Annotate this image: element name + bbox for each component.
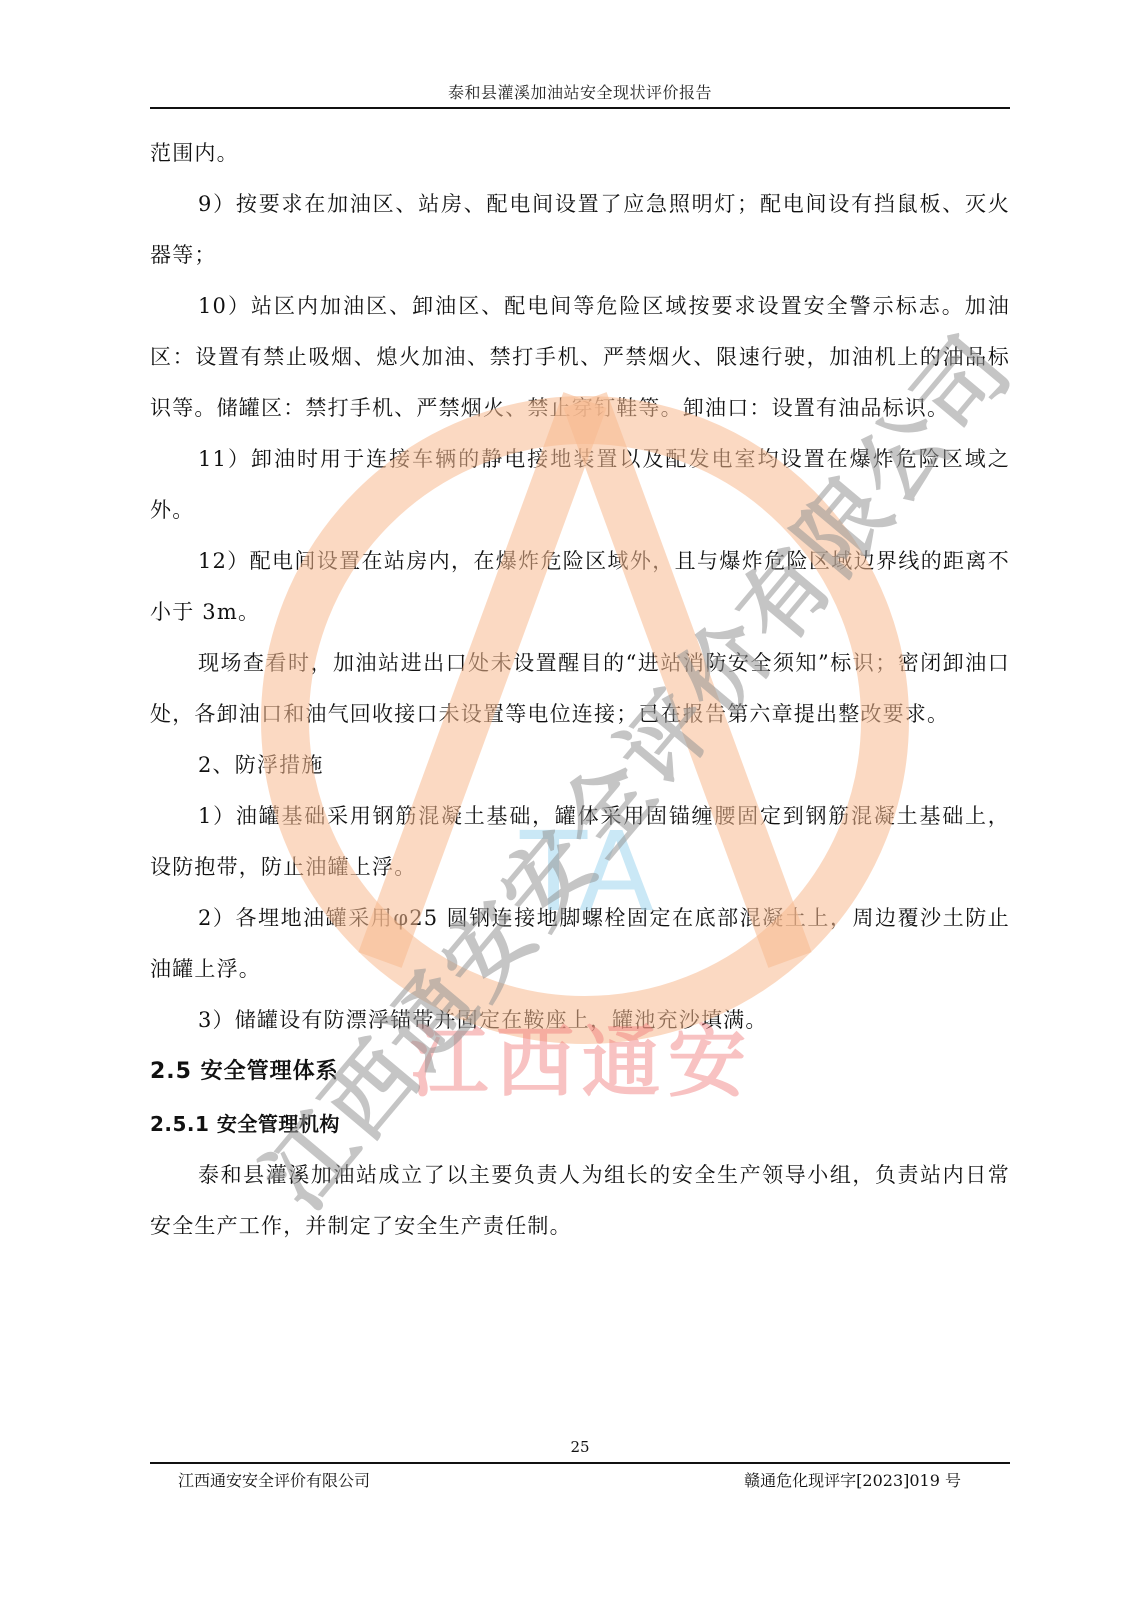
running-header-title: 泰和县灌溪加油站安全现状评价报告 xyxy=(150,80,1010,103)
paragraph-continuation: 范围内。 xyxy=(150,128,1010,179)
subsection-heading: 2.5.1 安全管理机构 xyxy=(150,1098,1010,1150)
paragraph-anti-float-title: 2、防浮措施 xyxy=(150,740,1010,791)
footer-document-number: 赣通危化现评字[2023]019 号 xyxy=(744,1468,961,1491)
footer-company: 江西通安安全评价有限公司 xyxy=(178,1468,370,1491)
page-number: 25 xyxy=(150,1438,1010,1456)
paragraph-management-org: 泰和县灌溪加油站成立了以主要负责人为组长的安全生产领导小组，负责站内日常安全生产… xyxy=(150,1150,1010,1252)
paragraph-site-inspection: 现场查看时，加油站进出口处未设置醒目的“进站消防安全须知”标识；密闭卸油口处，各… xyxy=(150,638,1010,740)
page-content: 范围内。 9）按要求在加油区、站房、配电间设置了应急照明灯；配电间设有挡鼠板、灭… xyxy=(150,128,1010,1252)
paragraph-item-10: 10）站区内加油区、卸油区、配电间等危险区域按要求设置安全警示标志。加油区：设置… xyxy=(150,281,1010,434)
paragraph-item-12: 12）配电间设置在站房内，在爆炸危险区域外，且与爆炸危险区域边界线的距离不小于 … xyxy=(150,536,1010,638)
section-heading: 2.5 安全管理体系 xyxy=(150,1046,1010,1098)
paragraph-item-11: 11）卸油时用于连接车辆的静电接地装置以及配发电室均设置在爆炸危险区域之外。 xyxy=(150,434,1010,536)
paragraph-anti-float-2: 2）各埋地油罐采用φ25 圆钢连接地脚螺栓固定在底部混凝土上，周边覆沙土防止油罐… xyxy=(150,893,1010,995)
document-page: 泰和县灌溪加油站安全现状评价报告 范围内。 9）按要求在加油区、站房、配电间设置… xyxy=(0,0,1131,1600)
paragraph-anti-float-3: 3）储罐设有防漂浮锚带并固定在鞍座上，罐池充沙填满。 xyxy=(150,995,1010,1046)
footer-divider xyxy=(150,1462,1010,1464)
paragraph-item-9: 9）按要求在加油区、站房、配电间设置了应急照明灯；配电间设有挡鼠板、灭火器等； xyxy=(150,179,1010,281)
header-divider xyxy=(150,107,1010,109)
paragraph-anti-float-1: 1）油罐基础采用钢筋混凝土基础，罐体采用固锚缠腰固定到钢筋混凝土基础上，设防抱带… xyxy=(150,791,1010,893)
